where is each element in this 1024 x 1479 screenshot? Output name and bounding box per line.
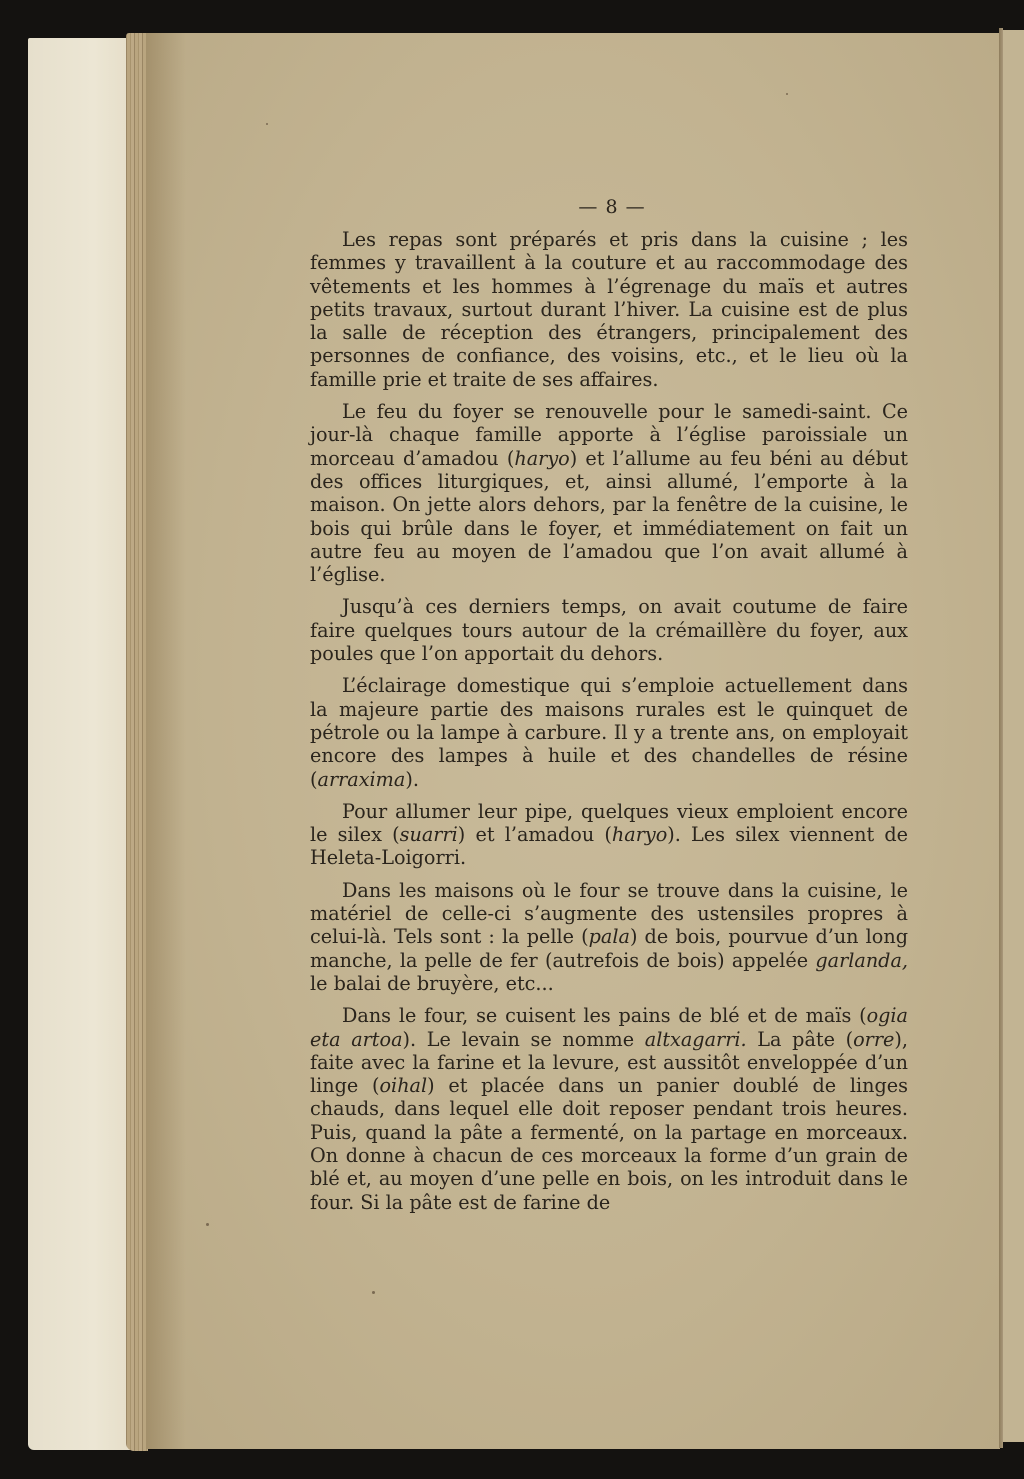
paragraph: Dans le four, se cuisent les pains de bl…: [310, 1004, 908, 1214]
paragraph: Jusqu’à ces derniers temps, on avait cou…: [310, 595, 908, 665]
text-segment: le balai de bruyère, etc...: [310, 972, 554, 995]
text-segment: ). Le levain se nomme: [403, 1028, 645, 1051]
paper-speck: [372, 1291, 375, 1294]
page-content: — 8 — Les repas sont préparés et pris da…: [310, 196, 908, 1223]
italic-term: haryo: [612, 823, 667, 846]
italic-term: haryo: [514, 447, 569, 470]
text-segment: Les repas sont préparés et pris dans la …: [310, 228, 908, 391]
next-page-edge: [1003, 30, 1024, 1442]
paragraph: Le feu du foyer se renouvelle pour le sa…: [310, 400, 908, 586]
text-segment: Dans le four, se cuisent les pains de bl…: [342, 1004, 867, 1027]
paragraph: L’éclairage domestique qui s’emploie act…: [310, 674, 908, 790]
paragraph: Pour allumer leur pipe, quelques vieux e…: [310, 800, 908, 870]
paper-speck: [266, 123, 268, 125]
paper-speck: [786, 93, 788, 95]
italic-term: oihal: [380, 1074, 428, 1097]
text-segment: ).: [405, 768, 419, 791]
italic-term: arraxima: [318, 768, 406, 791]
backing-sheet: [28, 38, 138, 1450]
paper-speck: [206, 1223, 209, 1226]
text-segment: La pâte (: [747, 1028, 854, 1051]
text-segment: Jusqu’à ces derniers temps, on avait cou…: [310, 595, 908, 665]
page-stack-edges: [126, 33, 148, 1451]
italic-term: altxagarri.: [645, 1028, 747, 1051]
italic-term: garlanda,: [815, 949, 908, 972]
paragraph: Les repas sont préparés et pris dans la …: [310, 228, 908, 391]
italic-term: pala: [589, 925, 630, 948]
paragraph: Dans les maisons où le four se trouve da…: [310, 879, 908, 995]
italic-term: suarri: [400, 823, 458, 846]
page-number: — 8 —: [310, 196, 908, 218]
text-segment: ) et l’amadou (: [458, 823, 612, 846]
italic-term: orre: [853, 1028, 894, 1051]
